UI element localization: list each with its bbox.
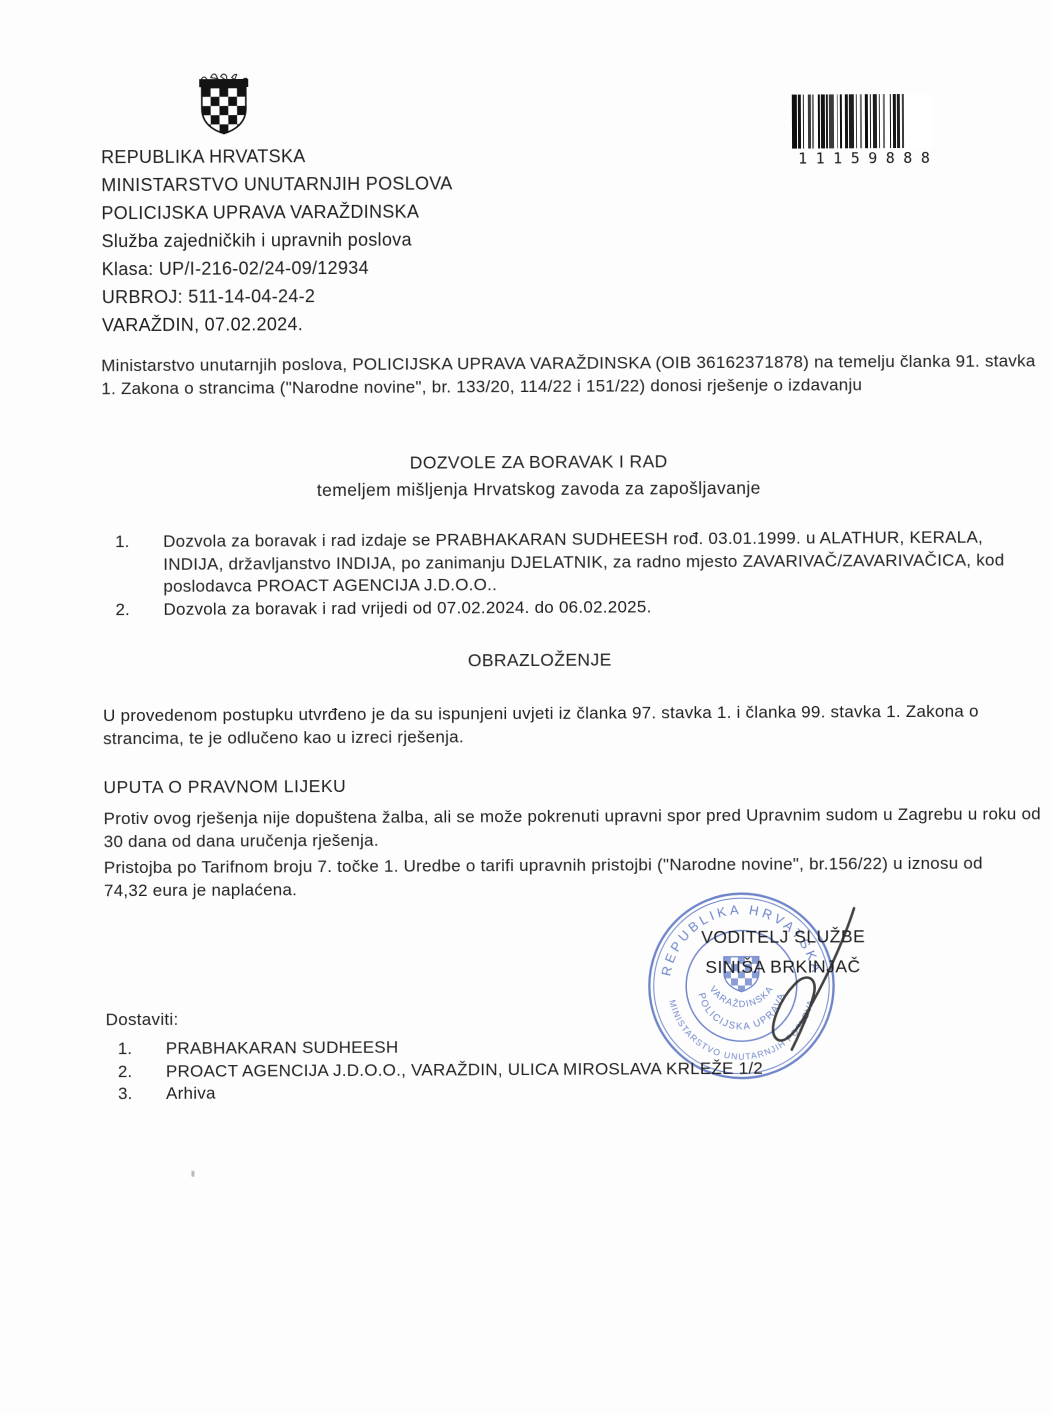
barcode-bar	[855, 94, 857, 148]
letterhead: REPUBLIKA HRVATSKA MINISTARSTVO UNUTARNJ…	[101, 141, 453, 339]
barcode-bar	[872, 94, 877, 148]
barcode-bar	[807, 95, 810, 149]
barcode-bar	[803, 95, 805, 149]
distribution-item-text: PROACT AGENCIJA J.D.O.O., VARAŽDIN, ULIC…	[166, 1057, 763, 1083]
barcode-bar	[837, 94, 839, 148]
barcode-bar	[893, 94, 896, 148]
letterhead-urbroj: URBROJ: 511-14-04-24-2	[102, 281, 453, 311]
letterhead-country: REPUBLIKA HRVATSKA	[101, 141, 452, 171]
decision-item: 1. Dozvola za boravak i rad izdaje se PR…	[115, 526, 1025, 599]
distribution-item-text: Arhiva	[166, 1083, 216, 1106]
decision-item-number: 1.	[115, 531, 163, 599]
decision-item: 2. Dozvola za boravak i rad vrijedi od 0…	[115, 594, 1025, 621]
legal-remedy-body: Protiv ovog rješenja nije dopuštena žalb…	[104, 803, 1050, 853]
barcode-bar	[860, 94, 862, 148]
decision-item-number: 2.	[115, 599, 163, 622]
scan-speck	[191, 1171, 194, 1177]
barcode-bar	[883, 94, 885, 148]
distribution-item-number: 3.	[118, 1083, 166, 1106]
barcode-bar	[792, 95, 797, 149]
barcode-bar	[829, 94, 834, 148]
barcode-bar	[897, 94, 900, 148]
barcode-bar	[812, 94, 814, 148]
legal-remedy-heading: UPUTA O PRAVNOM LIJEKU	[103, 776, 346, 798]
distribution-item-text: PRABHAKARAN SUDHEESH	[166, 1037, 399, 1061]
decision-item-text: Dozvola za boravak i rad vrijedi od 07.0…	[163, 596, 651, 621]
barcode-bar	[849, 94, 854, 148]
distribution-item-number: 1.	[118, 1038, 166, 1061]
decision-subtitle: temeljem mišljenja Hrvatskog zavoda za z…	[49, 476, 1029, 502]
barcode-bar	[798, 95, 801, 149]
decision-item-text: Dozvola za boravak i rad izdaje se PRABH…	[163, 526, 1025, 598]
distribution-items: 1. PRABHAKARAN SUDHEESH 2. PROACT AGENCI…	[118, 1033, 1018, 1105]
barcode-bar	[840, 94, 842, 148]
barcode-bar	[902, 94, 904, 148]
distribution-label: Dostaviti:	[106, 1010, 179, 1030]
decision-items: 1. Dozvola za boravak i rad izdaje se PR…	[115, 526, 1025, 621]
croatian-coat-of-arms-icon	[195, 71, 253, 139]
letterhead-ministry: MINISTARSTVO UNUTARNJIH POSLOVA	[101, 169, 452, 199]
barcode-bar	[821, 94, 824, 148]
letterhead-department: Služba zajedničkih i upravnih poslova	[101, 225, 452, 255]
distribution-item: 3. Arhiva	[118, 1079, 1018, 1106]
scanned-document-page: REPUBLIKA HRVATSKA MINISTARSTVO UNUTARNJ…	[0, 0, 1052, 1414]
scan-content: REPUBLIKA HRVATSKA MINISTARSTVO UNUTARNJ…	[0, 0, 1052, 1414]
letterhead-klasa: Klasa: UP/I-216-02/24-09/12934	[102, 253, 453, 283]
decision-title: DOZVOLE ZA BORAVAK I RAD	[49, 449, 1029, 475]
barcode-bar	[826, 94, 828, 148]
barcode-bars	[792, 94, 932, 149]
letterhead-place-date: VARAŽDIN, 07.02.2024.	[102, 309, 453, 339]
barcode-bar	[869, 94, 871, 148]
explanation-body: U provedenom postupku utvrđeno je da su …	[103, 700, 1045, 750]
barcode-bar	[889, 94, 891, 148]
barcode-bar	[879, 94, 881, 148]
barcode-bar	[844, 94, 847, 148]
barcode: 11159888	[792, 94, 934, 168]
explanation-heading: OBRAZLOŽENJE	[50, 647, 1030, 673]
letterhead-police-administration: POLICIJSKA UPRAVA VARAŽDINSKA	[101, 197, 452, 227]
barcode-bar	[818, 94, 820, 148]
barcode-bar	[865, 94, 868, 148]
barcode-number: 11159888	[792, 149, 934, 168]
distribution-item-number: 2.	[118, 1060, 166, 1083]
intro-paragraph: Ministarstvo unutarnjih poslova, POLICIJ…	[101, 350, 1039, 400]
